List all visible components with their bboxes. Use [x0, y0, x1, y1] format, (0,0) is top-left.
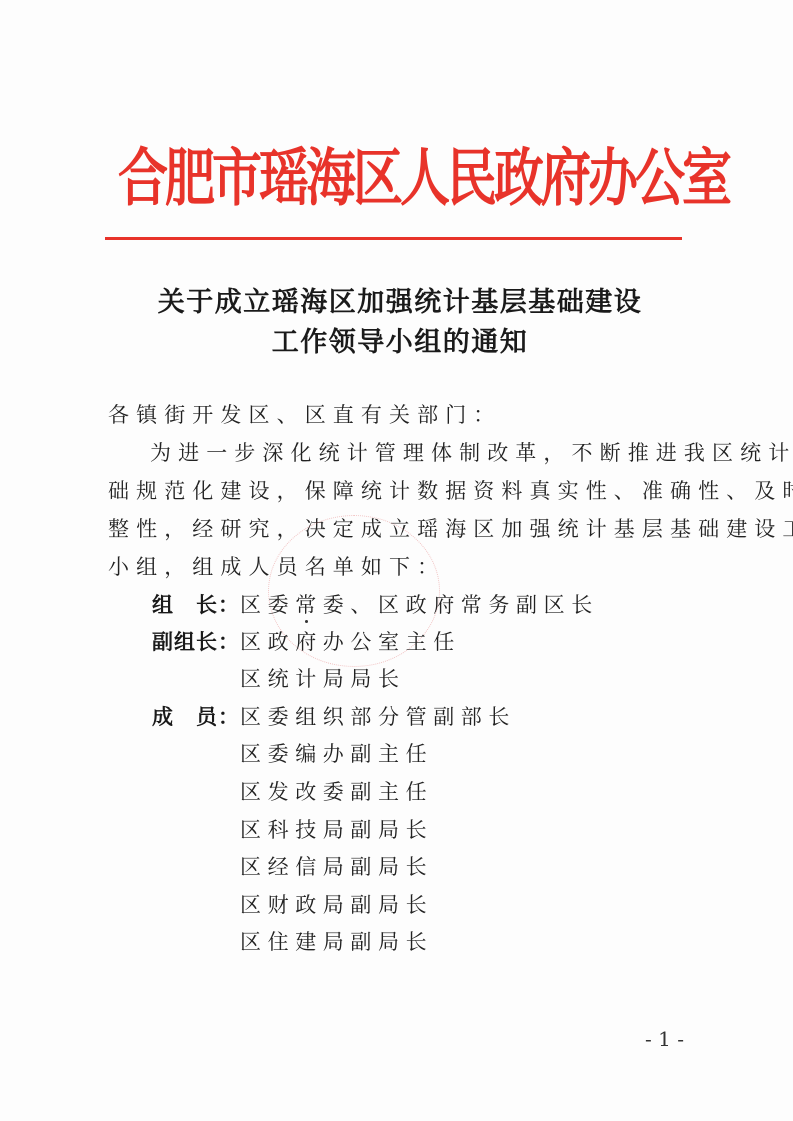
member-item: 区住建局副局长 [240, 928, 433, 956]
member-item: 区委编办副主任 [240, 740, 433, 768]
member-item: 区财政局副局长 [240, 891, 433, 919]
document-page: 合肥市瑶海区人民政府办公室 关于成立瑶海区加强统计基层基础建设 工作领导小组的通… [0, 0, 793, 1121]
deputy-leader-member: 区政府办公室主任 [240, 628, 461, 656]
paragraph-line: 整性，经研究，决定成立瑶海区加强统计基层基础建设工作领导 [108, 515, 793, 543]
document-title-line-1: 关于成立瑶海区加强统计基层基础建设 [100, 280, 700, 319]
member-item: 区经信局副局长 [240, 853, 433, 881]
deputy-leader-label: 副组长： [152, 628, 240, 656]
issuer-header: 合肥市瑶海区人民政府办公室 [118, 126, 690, 231]
seal-mark [305, 620, 308, 623]
members-label: 成 员： [152, 703, 240, 731]
leader-label: 组 长： [152, 591, 240, 619]
salutation: 各镇街开发区、区直有关部门： [108, 401, 501, 429]
leader-member: 区委常委、区政府常务副区长 [240, 591, 599, 619]
deputy-leader-member: 区统计局局长 [240, 665, 406, 693]
member-item: 区科技局副局长 [240, 816, 433, 844]
red-header-rule [105, 237, 682, 240]
document-title-line-2: 工作领导小组的通知 [100, 320, 700, 359]
member-item: 区发改委副主任 [240, 778, 433, 806]
page-number: - 1 - [645, 1027, 684, 1051]
member-item: 区委组织部分管副部长 [240, 703, 516, 731]
paragraph-line: 为进一步深化统计管理体制改革，不断推进我区统计基层基 [150, 439, 793, 467]
paragraph-line: 础规范化建设，保障统计数据资料真实性、准确性、及时性和完 [108, 477, 793, 505]
